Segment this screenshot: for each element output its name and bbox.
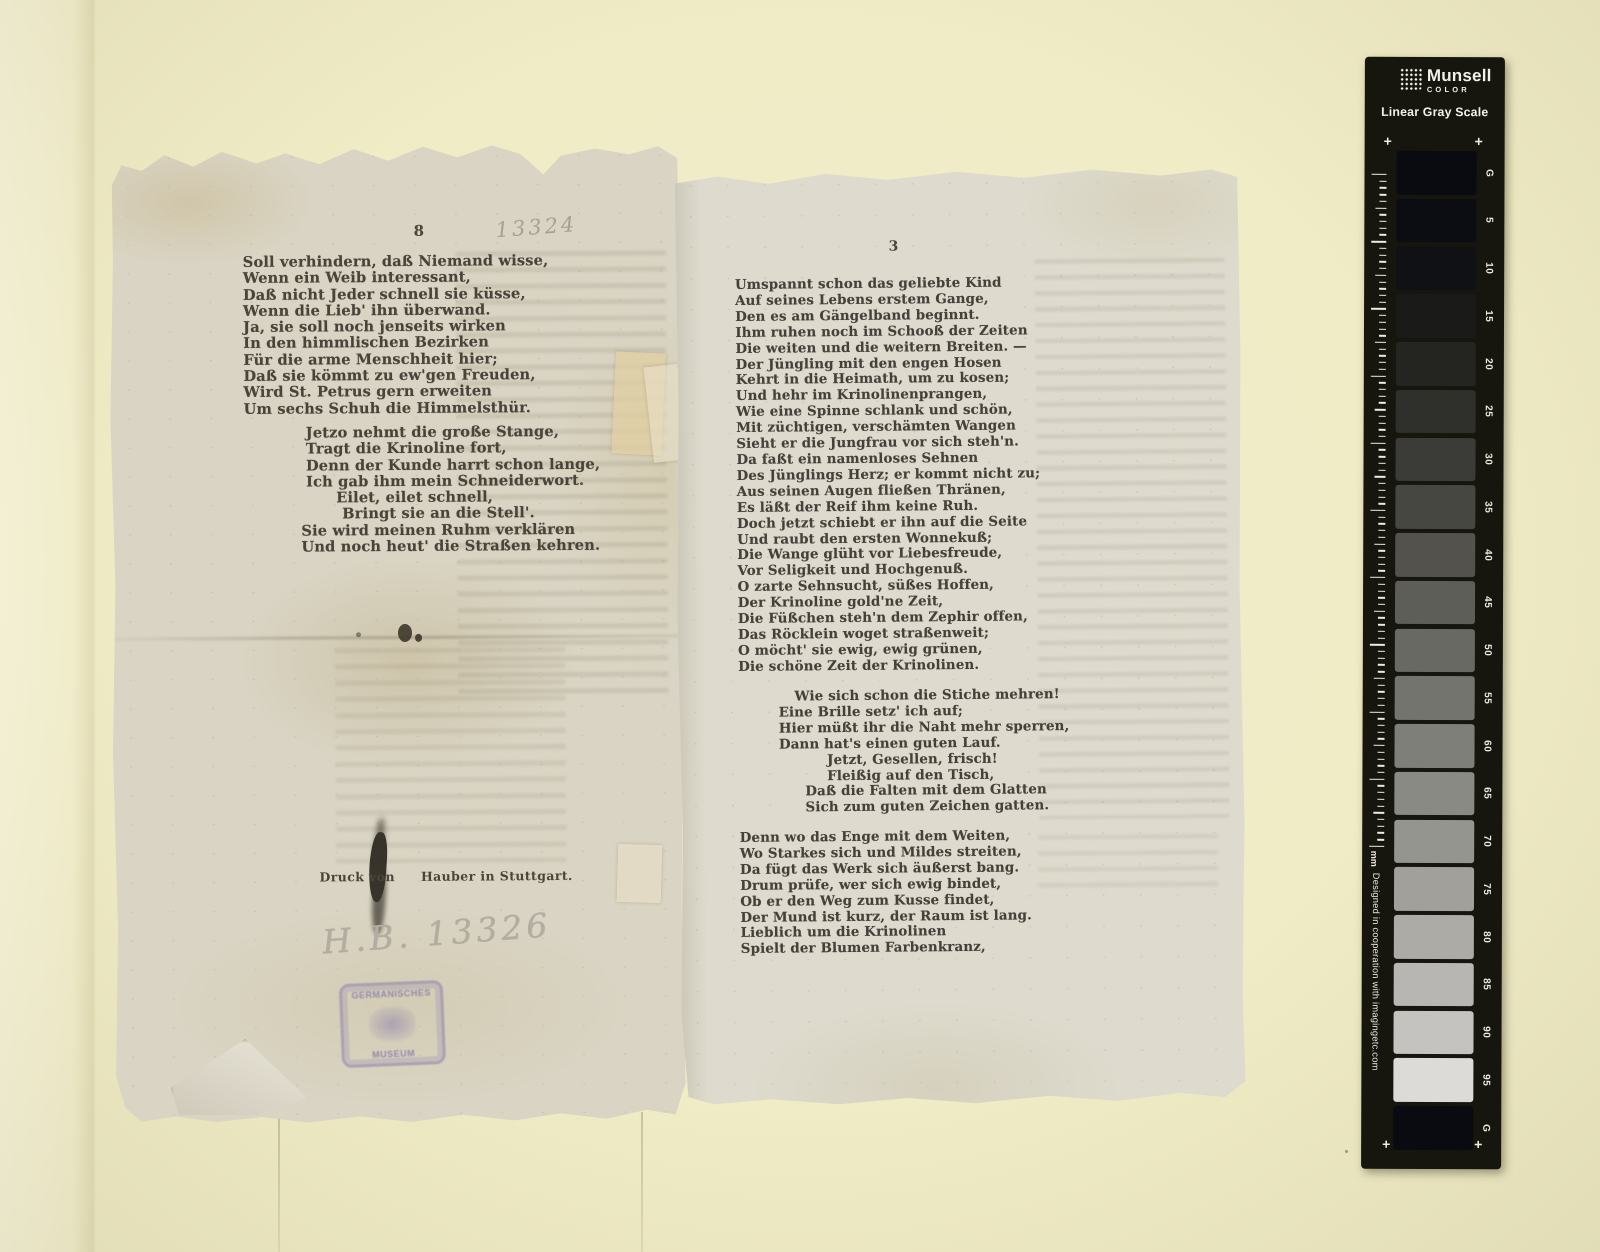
gray-patch-label: 85 [1481,979,1492,991]
ruler-tick [1379,234,1386,235]
ruler-tick [1379,449,1386,450]
ruler-tick [1374,611,1385,612]
gray-patch-label: 35 [1482,501,1493,513]
poem-line: Und noch heut' die Straßen kehren. [301,538,600,556]
ruler-tick [1377,758,1384,759]
gray-patch [1395,437,1475,481]
ruler-tick [1379,422,1386,423]
gray-patch [1394,915,1474,959]
gray-patch-column: G5101520253035404550556065707580859095G [1393,151,1502,1154]
ruler-tick [1379,295,1386,296]
gray-patch-row: 5 [1396,199,1502,243]
gray-patch-row: 50 [1395,628,1501,672]
stamp-emblem [369,1006,416,1042]
ruler-tick [1378,671,1385,672]
ruler-tick [1378,658,1385,659]
ruler-tick [1370,711,1385,712]
gray-patch-label: 90 [1481,1026,1492,1038]
ruler-tick [1369,846,1384,847]
repair-tape [617,844,663,903]
ruler-tick [1377,765,1384,766]
ruler-tick [1379,248,1386,249]
gray-patch [1395,581,1475,625]
ruler-tick [1379,214,1386,215]
gray-patch-row: 65 [1394,772,1500,816]
ruler-tick [1378,718,1385,719]
gray-patch-label: G [1480,1124,1491,1132]
gray-patch-row: 90 [1393,1010,1499,1054]
gray-patch-label: 50 [1482,644,1493,656]
ruler-tick [1371,241,1386,242]
gray-patch-row: 20 [1396,342,1502,386]
gray-patch-row: G [1393,1106,1499,1150]
ruler-tick [1377,832,1384,833]
right-page: 3 Umspannt schon das geliebte KindAuf se… [672,166,1248,1109]
ruler-tick [1375,207,1386,208]
ruler-tick [1369,778,1384,779]
ruler-tick [1379,369,1386,370]
ruler-tick [1379,194,1386,195]
gray-patch-row: 25 [1396,390,1502,434]
gray-patch [1394,724,1474,768]
gray-patch [1394,819,1474,863]
gray-patch [1393,1058,1473,1102]
ruler-tick [1379,281,1386,282]
gray-patch-label: 45 [1482,597,1493,609]
ruler-unit-label: mm [1369,851,1379,867]
gray-patch-row: 35 [1395,485,1501,529]
ruler-tick [1380,181,1387,182]
backdrop-seam [278,1118,280,1252]
ruler-tick [1379,348,1386,349]
ruler-tick [1379,456,1386,457]
backdrop-seam [641,1112,643,1252]
ruler-tick [1379,436,1386,437]
backdrop-left-sheet-edge [0,0,96,1252]
gray-patch-row: 45 [1395,581,1501,625]
ruler-tick [1378,684,1385,685]
ruler-tick [1379,254,1386,255]
gray-patch-label: 55 [1482,692,1493,704]
gray-patch [1394,963,1474,1007]
gray-patch-row: 85 [1394,963,1500,1007]
ruler-tick [1377,772,1384,773]
left-page: 8 13324 Soll verhindern, daß Niemand wis… [107,140,687,1125]
gray-patch-row: G [1396,151,1502,195]
ruler-tick [1378,523,1385,524]
ruler-tick [1378,617,1385,618]
gray-patch-row: 10 [1396,246,1502,290]
ruler-tick [1379,322,1386,323]
ruler-tick [1378,570,1385,571]
ruler-tick [1379,402,1386,403]
ruler-tick [1374,543,1385,544]
ruler-tick [1379,355,1386,356]
imprint-suffix: Hauber in Stuttgart. [421,868,573,884]
ruler-tick [1370,577,1385,578]
poem-line: Sich zum guten Zeichen gatten. [805,798,1070,816]
ruler-tick [1378,624,1385,625]
ruler-tick [1379,382,1386,383]
page-number: 8 [413,222,424,240]
ruler-tick [1379,416,1386,417]
ruler-tick [1379,288,1386,289]
ruler-tick [1370,644,1385,645]
ruler-tick [1377,785,1384,786]
ruler-tick [1377,839,1384,840]
ruler-tick [1378,530,1385,531]
scale-title: Linear Gray Scale [1365,105,1505,119]
ruler-tick [1378,597,1385,598]
ink-spot [356,632,361,637]
ruler-tick [1378,496,1385,497]
folded-corner [170,1039,306,1116]
ruler-tick [1373,812,1384,813]
poem-stanza: Wie sich schon die Stiche mehren!Eine Br… [738,687,1070,817]
penciled-shelfmark: H.B. 13326 [321,905,553,961]
ruler-tick [1377,826,1384,827]
ruler-tick [1374,678,1385,679]
fold-crease [112,634,680,640]
ruler-tick [1378,698,1385,699]
gray-patch-row: 95 [1393,1058,1499,1102]
gray-patch-row: 60 [1394,724,1500,768]
gray-patch [1394,867,1474,911]
footer-credit: Designed in cooperation with imagingetc.… [1370,873,1381,1071]
gray-patch-label: 30 [1483,453,1494,465]
gray-patch [1393,1106,1473,1150]
ruler-tick [1378,563,1385,564]
gray-patch-label: 80 [1481,931,1492,943]
ruler-tick [1378,725,1385,726]
gray-patch-label: 75 [1481,883,1492,895]
printer-imprint: Druck vonHauber in Stuttgart. [319,868,572,885]
ruler-tick [1378,631,1385,632]
ruler-tick [1378,691,1385,692]
ink-spot [398,624,412,642]
gray-patch-label: 40 [1482,549,1493,561]
imprint-prefix: Druck von [319,869,395,884]
registration-mark: + [1382,1136,1390,1152]
ruler-tick [1377,799,1384,800]
ruler-tick [1379,261,1386,262]
gray-patch-label: 25 [1483,406,1494,418]
gray-patch [1396,342,1476,386]
poem-line: Spielt der Blumen Farbenkranz, [741,940,1033,958]
munsell-header: Munsell COLOR [1399,67,1492,94]
ruler-tick [1379,221,1386,222]
gray-patch-row: 15 [1396,294,1502,338]
gray-patch-label: 10 [1483,262,1494,274]
gray-patch [1396,199,1476,243]
ruler-tick [1379,228,1386,229]
gray-patch-row: 40 [1395,533,1501,577]
ruler-tick [1379,429,1386,430]
gray-patch-row: 70 [1394,819,1500,863]
gray-patch-label: 65 [1481,788,1492,800]
registration-mark: + [1384,133,1392,149]
ink-blot [367,832,388,903]
ruler-tick [1370,510,1385,511]
ruler-tick [1378,590,1385,591]
brand-name: Munsell [1427,67,1492,84]
ruler-tick [1378,637,1385,638]
penciled-inventory-number: 13324 [495,212,578,242]
stamp-text-bottom: MUSEUM [372,1048,415,1060]
gray-patch [1396,151,1476,195]
ruler-tick [1377,805,1384,806]
ruler-tick [1379,301,1386,302]
ruler-tick [1378,537,1385,538]
ruler-tick [1379,328,1386,329]
brand-subtitle: COLOR [1427,85,1492,94]
poem-stanza: Soll verhindern, daß Niemand wisse,Wenn … [243,253,550,418]
dust-speck [1345,1150,1348,1153]
poem-stanza: Denn wo das Enge mit dem Weiten,Wo Stark… [740,828,1033,958]
ruler-tick [1371,375,1386,376]
ruler-tick [1379,268,1386,269]
gray-patch [1395,628,1475,672]
ruler-tick [1379,389,1386,390]
gray-patch-label: 60 [1482,740,1493,752]
gray-patch-label: 95 [1480,1074,1491,1086]
mm-ruler [1367,174,1386,848]
poem-line: In den himmlischen Bezirken [243,335,549,353]
gray-patch [1395,485,1475,529]
ruler-tick [1378,584,1385,585]
gray-patch-label: 5 [1483,218,1494,224]
show-through-text [1038,834,1219,898]
gray-patch-row: 75 [1394,867,1500,911]
poem-stanza: Jetzo nehmt die große Stange,Tragt die K… [244,424,601,557]
ruler-tick [1379,315,1386,316]
ruler-tick [1379,463,1386,464]
gray-patch [1396,390,1476,434]
ruler-tick [1378,557,1385,558]
munsell-logo-icon [1399,67,1422,90]
gray-patch-label: 70 [1481,835,1492,847]
ruler-tick [1378,503,1385,504]
ruler-tick [1379,335,1386,336]
ruler-tick [1378,705,1385,706]
ruler-tick [1379,362,1386,363]
library-stamp: GERMANISCHES MUSEUM [339,980,446,1068]
ruler-tick [1378,651,1385,652]
ruler-tick [1379,187,1386,188]
ruler-tick [1378,483,1385,484]
ruler-tick [1378,731,1385,732]
ruler-tick [1377,792,1384,793]
show-through-text [335,647,566,863]
gray-patch-label: G [1484,169,1495,177]
gray-patch-label: 15 [1483,310,1494,322]
munsell-gray-scale-strip: Munsell COLOR Linear Gray Scale + + mm G… [1361,57,1505,1169]
ruler-tick [1378,752,1385,753]
ruler-tick [1372,174,1387,175]
ruler-tick [1371,443,1386,444]
ruler-tick [1375,409,1386,410]
stamp-text-top: GERMANISCHES [351,987,431,1000]
ruler-tick [1374,476,1385,477]
ruler-tick [1375,275,1386,276]
gray-patch [1395,676,1475,720]
ruler-tick [1378,490,1385,491]
gray-patch [1393,1010,1473,1054]
ruler-tick [1377,819,1384,820]
ruler-tick [1379,396,1386,397]
poem-line: Die schöne Zeit der Krinolinen. [738,657,1042,676]
gray-patch [1396,294,1476,338]
gray-patch [1395,533,1475,577]
ruler-tick [1378,516,1385,517]
ruler-tick [1375,342,1386,343]
ruler-tick [1371,308,1386,309]
page-number: 3 [889,239,899,255]
registration-mark: + [1475,133,1483,149]
gray-patch [1396,246,1476,290]
gray-patch [1394,772,1474,816]
gray-patch-row: 80 [1394,915,1500,959]
registration-mark: + [1474,1136,1482,1152]
ruler-tick [1378,550,1385,551]
gray-patch-row: 30 [1395,437,1501,481]
ruler-tick [1378,738,1385,739]
poem-stanza: Umspannt schon das geliebte KindAuf sein… [735,275,1042,675]
poem-line: Um sechs Schuh die Himmelsthür. [244,400,550,418]
ruler-tick [1378,469,1385,470]
ruler-tick [1379,201,1386,202]
gray-patch-row: 55 [1395,676,1501,720]
gray-patch-label: 20 [1483,358,1494,370]
ink-spot [415,634,422,642]
ruler-tick [1374,745,1385,746]
ruler-tick [1378,604,1385,605]
ruler-tick [1378,664,1385,665]
